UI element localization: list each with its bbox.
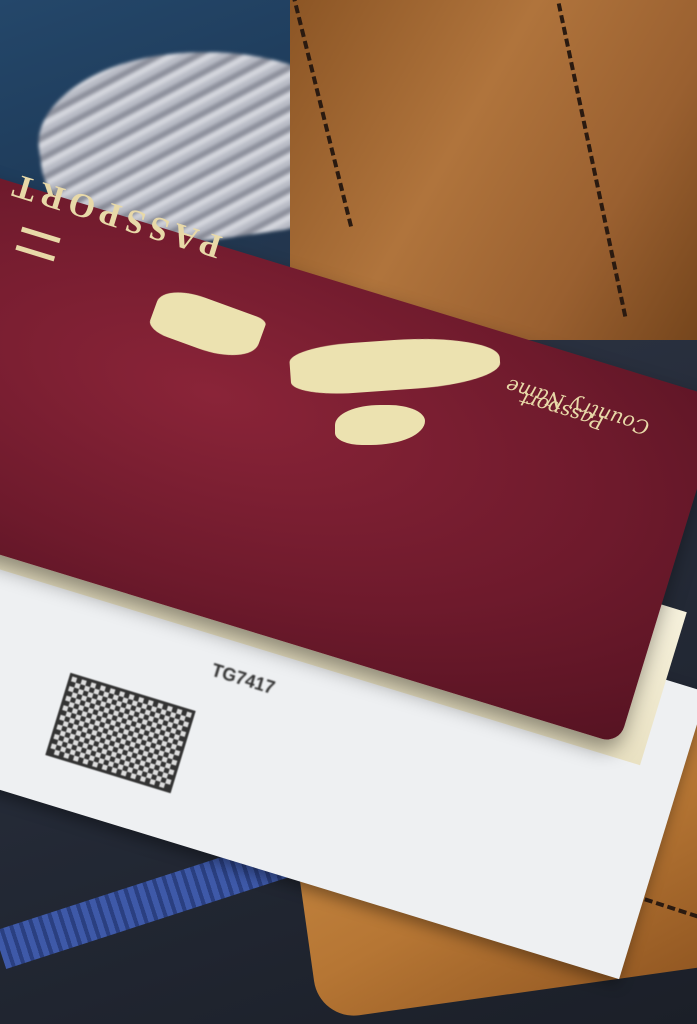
photo-scene: Maria Smith TG7417 PASSPORT Country Name…: [0, 0, 697, 1024]
